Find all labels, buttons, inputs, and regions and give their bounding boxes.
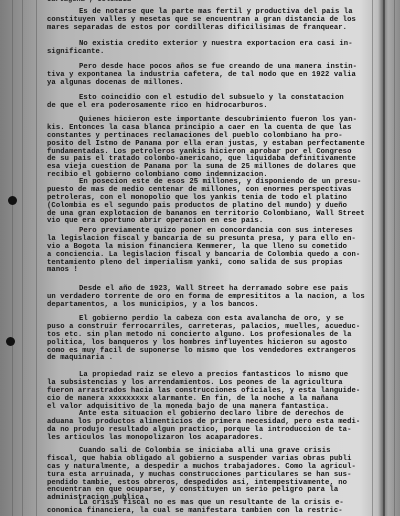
scan-streak	[36, 0, 37, 516]
punch-hole-icon	[6, 337, 15, 346]
text-line: les articulos las monopolizaron los acap…	[47, 435, 360, 443]
text-line: conomica financiera, la cual se manifest…	[47, 508, 344, 516]
scanned-page: Cartagena , Colombia Es de notarse que l…	[0, 0, 400, 516]
paragraph: Pero previamente quizo poner en concorda…	[47, 228, 360, 275]
paragraph: Es de notarse que la parte mas fertil y …	[47, 9, 356, 33]
text-line: departamentos, a los municipios, y a los…	[47, 302, 365, 310]
scan-streak	[22, 0, 23, 516]
punch-hole-icon	[8, 196, 17, 205]
text-line: mares separadas de estos por cordilleras…	[47, 25, 356, 33]
scan-streak	[383, 0, 385, 516]
scan-streak	[372, 0, 373, 516]
text-line: de maquinaria .	[47, 355, 360, 363]
paragraph: Esto coincidio con el estudio del subsue…	[47, 95, 344, 111]
page-header-fragment: Cartagena , Colombia	[47, 0, 131, 4]
paragraph: El gobierno perdio la cabeza con esta av…	[47, 316, 360, 363]
scan-streak	[394, 0, 395, 516]
text-line: ya algunas docenas de millones.	[47, 80, 357, 88]
text-line: significante.	[47, 49, 353, 57]
paragraph: La crisis fiscal no es mas que un result…	[47, 500, 344, 516]
paragraph: No existia credito exterior y nuestra ex…	[47, 41, 353, 57]
text-line: manos !	[47, 267, 360, 275]
paragraph: Cuando sali de Colombia se iniciaba alli…	[47, 448, 356, 503]
paragraph: Ante esta situacion el gobierno declaro …	[47, 411, 360, 443]
paragraph: Pero desde hace pocos años se fue creand…	[47, 64, 357, 88]
paragraph: La propiedad raiz se elevo a precios fan…	[47, 372, 360, 411]
paragraph: En posecion este de esos 25 millones, y …	[47, 179, 365, 226]
paragraph: Quienes hicieron este importante descubr…	[47, 117, 365, 180]
paragraph: Desde el año de 1923, Wall Street ha der…	[47, 286, 365, 310]
text-line: tentamiento pleno del imperialism yanki,…	[47, 260, 360, 268]
text-line: vio que era oportuno abrir operacion en …	[47, 218, 365, 226]
scan-streak	[12, 0, 13, 516]
text-line: de que el era poderosamente rico en hidr…	[47, 103, 344, 111]
